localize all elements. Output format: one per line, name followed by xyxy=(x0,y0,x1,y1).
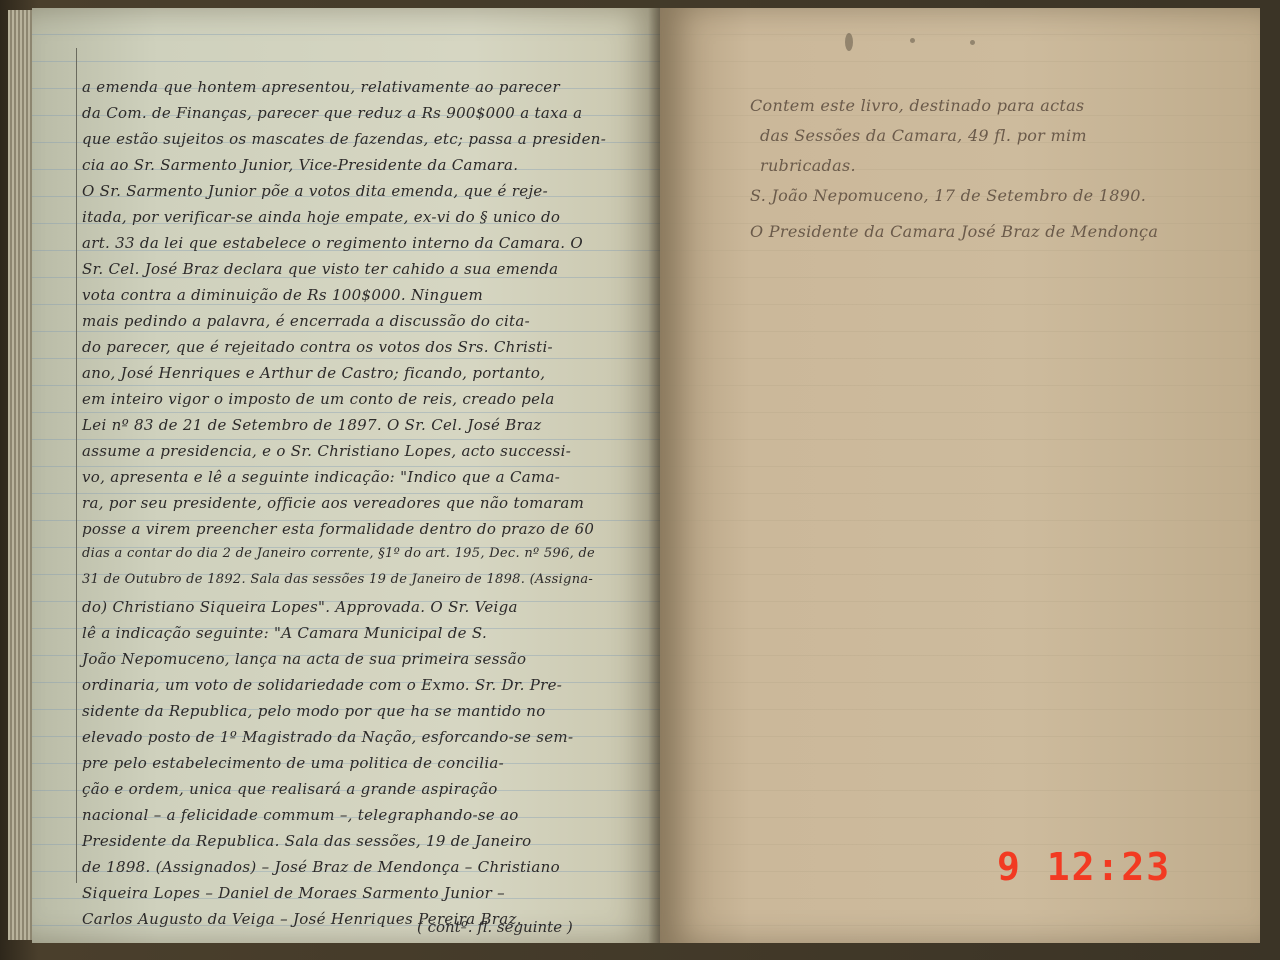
handwritten-line: art. 33 da lei que estabelece o regiment… xyxy=(82,234,583,252)
handwritten-line: sidente da Republica, pelo modo por que … xyxy=(82,702,546,720)
handwritten-line: do) Christiano Siqueira Lopes". Approvad… xyxy=(82,598,518,616)
handwritten-line: da Com. de Finanças, parecer que reduz a… xyxy=(82,104,582,122)
handwritten-line: O Sr. Sarmento Junior põe a votos dita e… xyxy=(82,182,548,200)
camera-timestamp: 9 12:23 xyxy=(997,845,1171,889)
handwritten-line: elevado posto de 1º Magistrado da Nação,… xyxy=(82,728,573,746)
handwritten-line: cia ao Sr. Sarmento Junior, Vice-Preside… xyxy=(82,156,518,174)
continuation-note: ( contº. fl. seguinte ) xyxy=(417,918,573,936)
handwritten-line: 31 de Outubro de 1892. Sala das sessões … xyxy=(82,572,593,587)
left-page: a emenda que hontem apresentou, relativa… xyxy=(32,8,660,943)
handwritten-line: João Nepomuceno, lança na acta de sua pr… xyxy=(82,650,526,668)
handwritten-line: em inteiro vigor o imposto de um conto d… xyxy=(82,390,555,408)
handwritten-line: ção e ordem, unica que realisará a grand… xyxy=(82,780,498,798)
ink-stain xyxy=(845,33,853,51)
handwritten-line: Presidente da Republica. Sala das sessõe… xyxy=(82,832,532,850)
handwritten-line: Contem este livro, destinado para actas xyxy=(750,96,1084,115)
open-ledger-book: a emenda que hontem apresentou, relativa… xyxy=(0,0,1280,960)
handwritten-line: S. João Nepomuceno, 17 de Setembro de 18… xyxy=(750,186,1146,205)
handwritten-line: vo, apresenta e lê a seguinte indicação:… xyxy=(82,468,560,486)
ink-stain xyxy=(910,38,915,43)
handwritten-line: a emenda que hontem apresentou, relativa… xyxy=(82,78,560,96)
handwritten-line: mais pedindo a palavra, é encerrada a di… xyxy=(82,312,530,330)
handwritten-line: que estão sujeitos os mascates de fazend… xyxy=(82,130,606,148)
handwritten-line: de 1898. (Assignados) – José Braz de Men… xyxy=(82,858,560,876)
handwritten-line: O Presidente da Camara José Braz de Mend… xyxy=(750,222,1158,241)
handwritten-line: Sr. Cel. José Braz declara que visto ter… xyxy=(82,260,558,278)
handwritten-line: lê a indicação seguinte: "A Camara Munic… xyxy=(82,624,487,642)
right-page: Contem este livro, destinado para actas … xyxy=(660,8,1260,943)
handwritten-line: Lei nº 83 de 21 de Setembro de 1897. O S… xyxy=(82,416,542,434)
handwritten-line: rubricadas. xyxy=(760,156,856,175)
handwritten-line: pre pelo estabelecimento de uma politica… xyxy=(82,754,504,772)
handwritten-line: Siqueira Lopes – Daniel de Moraes Sarmen… xyxy=(82,884,505,902)
handwritten-line: ano, José Henriques e Arthur de Castro; … xyxy=(82,364,545,382)
margin-rule xyxy=(76,48,77,883)
handwritten-line: ra, por seu presidente, officie aos vere… xyxy=(82,494,584,512)
handwritten-line: assume a presidencia, e o Sr. Christiano… xyxy=(82,442,571,460)
handwritten-line: vota contra a diminuição de Rs 100$000. … xyxy=(82,286,483,304)
handwritten-line: itada, por verificar-se ainda hoje empat… xyxy=(82,208,560,226)
ink-stain xyxy=(970,40,975,45)
handwritten-line: das Sessões da Camara, 49 fl. por mim xyxy=(760,126,1087,145)
handwritten-line: do parecer, que é rejeitado contra os vo… xyxy=(82,338,553,356)
handwritten-line: posse a virem preencher esta formalidade… xyxy=(82,520,594,538)
handwritten-line: ordinaria, um voto de solidariedade com … xyxy=(82,676,562,694)
handwritten-line: nacional – a felicidade commum –, telegr… xyxy=(82,806,519,824)
handwritten-line: dias a contar do dia 2 de Janeiro corren… xyxy=(82,546,595,561)
